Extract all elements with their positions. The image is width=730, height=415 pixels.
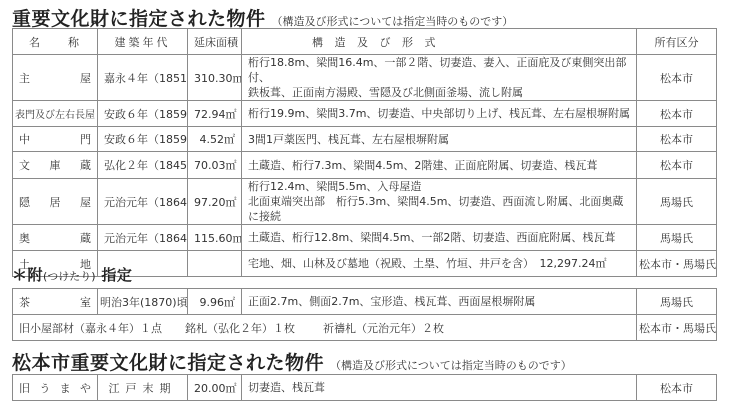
cell-name: 奥蔵: [13, 225, 98, 251]
cell-owner: 松本市: [637, 127, 717, 152]
cell-area: 72.94㎡: [188, 101, 242, 127]
header-owner: 所有区分: [637, 29, 717, 55]
cell-owner: 松本市: [637, 101, 717, 127]
cell-owner: 馬場氏: [637, 289, 717, 315]
cell-area: 20.00㎡: [188, 375, 242, 401]
cell-year: 江戸末期: [98, 375, 188, 401]
section3-note: （構造及び形式については指定当時のものです）: [330, 359, 572, 372]
cell-year: 元治元年（1864）: [98, 179, 188, 225]
structure-line: 桁行12.4m、梁間5.5m、入母屋造: [248, 179, 630, 194]
cell-owner: 松本市・馬場氏: [637, 251, 717, 277]
cell-structure: 桁行12.4m、梁間5.5m、入母屋造北面東端突出部 桁行5.3m、梁間4.5m…: [242, 179, 637, 225]
section2-title-paren: (つけたり): [43, 270, 96, 283]
attachment-item: 祈禱札（元治元年）２枚: [323, 320, 444, 336]
section2-heading: ＊附(つけたり) 指定: [12, 264, 132, 285]
cell-structure: 切妻造、桟瓦葺: [242, 375, 637, 401]
cell-structure: 桁行19.9m、梁間3.7m、切妻造、中央部切り上げ、桟瓦葺、左右屋根塀附属: [242, 101, 637, 127]
cell-structure: 宅地、畑、山林及び墓地（祝殿、土塁、竹垣、井戸を含） 12,297.24㎡: [242, 251, 637, 277]
cell-name: 旧うまや: [13, 375, 98, 401]
cell-area: 115.60㎡: [188, 225, 242, 251]
header-year: 建築年代: [98, 29, 188, 55]
table-row: 隠居屋 元治元年（1864） 97.20㎡ 桁行12.4m、梁間5.5m、入母屋…: [13, 179, 717, 225]
cell-name: 茶室: [13, 289, 98, 315]
structure-line: 北面東端突出部 桁行5.3m、梁間4.5m、切妻造、西面流し附属、北面奥蔵に接続: [248, 194, 630, 224]
cell-owner: 松本市: [637, 375, 717, 401]
cell-owner: 馬場氏: [637, 179, 717, 225]
structure-line: 桁行18.8m、梁間16.4m、一部２階、切妻造、妻入、正面庇及び東側突出部付、: [248, 55, 630, 85]
cell-structure: 3間1戸薬医門、桟瓦葺、左右屋根塀附属: [242, 127, 637, 152]
cell-area: 97.20㎡: [188, 179, 242, 225]
attachments-cell: 旧小屋部材（嘉永４年）１点銘札（弘化２年）１枚祈禱札（元治元年）２枚: [13, 315, 637, 341]
attached-properties-table: 茶室 明治3年(1870)頃 9.96㎡ 正面2.7m、側面2.7m、宝形造、桟…: [12, 288, 717, 341]
cell-year: 弘化２年（1845）: [98, 152, 188, 179]
section2-title-suffix: 指定: [96, 266, 133, 284]
cell-area: [188, 251, 242, 277]
attachment-item: 銘札（弘化２年）１枚: [185, 320, 323, 336]
structure-line: 鉄板葺、正面南方湯殿、雪隠及び北側面釜場、流し附属: [248, 85, 630, 100]
cell-owner: 馬場氏: [637, 225, 717, 251]
cell-name: 表門及び左右長屋: [13, 101, 98, 127]
attachment-item: 旧小屋部材（嘉永４年）１点: [19, 320, 185, 336]
cell-area: 4.52㎡: [188, 127, 242, 152]
table-header-row: 名 称 建築年代 延床面積 構 造 及 び 形 式 所有区分: [13, 29, 717, 55]
cell-owner: 松本市・馬場氏: [637, 315, 717, 341]
header-structure: 構 造 及 び 形 式: [242, 29, 637, 55]
table-row: 旧うまや 江戸末期 20.00㎡ 切妻造、桟瓦葺 松本市: [13, 375, 717, 401]
important-properties-table: 名 称 建築年代 延床面積 構 造 及 び 形 式 所有区分 主屋 嘉永４年（1…: [12, 28, 717, 277]
table-row: 茶室 明治3年(1870)頃 9.96㎡ 正面2.7m、側面2.7m、宝形造、桟…: [13, 289, 717, 315]
cell-name: 隠居屋: [13, 179, 98, 225]
cell-year: 嘉永４年（1851）: [98, 55, 188, 101]
cell-name: 主屋: [13, 55, 98, 101]
header-area: 延床面積: [188, 29, 242, 55]
cell-year: 明治3年(1870)頃: [98, 289, 188, 315]
cell-structure: 土蔵造、桁行12.8m、梁間4.5m、一部2階、切妻造、西面庇附属、桟瓦葺: [242, 225, 637, 251]
cell-owner: 松本市: [637, 55, 717, 101]
attachments-row: 旧小屋部材（嘉永４年）１点銘札（弘化２年）１枚祈禱札（元治元年）２枚 松本市・馬…: [13, 315, 717, 341]
section3-heading: 松本市重要文化財に指定された物件（構造及び形式については指定当時のものです）: [12, 348, 572, 375]
table-row: 文庫蔵 弘化２年（1845） 70.03㎡ 土蔵造、桁行7.3m、梁間4.5m、…: [13, 152, 717, 179]
cell-owner: 松本市: [637, 152, 717, 179]
cell-name: 文庫蔵: [13, 152, 98, 179]
cell-year: 安政６年（1859）: [98, 101, 188, 127]
cell-area: 70.03㎡: [188, 152, 242, 179]
cell-year: 元治元年（1864）: [98, 225, 188, 251]
cell-year: 安政６年（1859）: [98, 127, 188, 152]
cell-structure: 正面2.7m、側面2.7m、宝形造、桟瓦葺、西面屋根塀附属: [242, 289, 637, 315]
cell-structure: 土蔵造、桁行7.3m、梁間4.5m、2階建、正面庇附属、切妻造、桟瓦葺: [242, 152, 637, 179]
section2-title-prefix: ＊附: [12, 266, 43, 284]
cell-area: 9.96㎡: [188, 289, 242, 315]
cell-name: 中門: [13, 127, 98, 152]
section1-note: （構造及び形式については指定当時のものです）: [272, 15, 514, 28]
cell-structure: 桁行18.8m、梁間16.4m、一部２階、切妻造、妻入、正面庇及び東側突出部付、…: [242, 55, 637, 101]
header-name: 名 称: [13, 29, 98, 55]
table-row: 主屋 嘉永４年（1851） 310.30㎡ 桁行18.8m、梁間16.4m、一部…: [13, 55, 717, 101]
city-properties-table: 旧うまや 江戸末期 20.00㎡ 切妻造、桟瓦葺 松本市: [12, 374, 717, 401]
section1-heading: 重要文化財に指定された物件（構造及び形式については指定当時のものです）: [12, 4, 513, 31]
cell-area: 310.30㎡: [188, 55, 242, 101]
table-row: 中門 安政６年（1859） 4.52㎡ 3間1戸薬医門、桟瓦葺、左右屋根塀附属 …: [13, 127, 717, 152]
section1-title: 重要文化財に指定された物件: [12, 8, 266, 30]
section3-title: 松本市重要文化財に指定された物件: [12, 352, 324, 374]
table-row: 表門及び左右長屋 安政６年（1859） 72.94㎡ 桁行19.9m、梁間3.7…: [13, 101, 717, 127]
table-row: 奥蔵 元治元年（1864） 115.60㎡ 土蔵造、桁行12.8m、梁間4.5m…: [13, 225, 717, 251]
